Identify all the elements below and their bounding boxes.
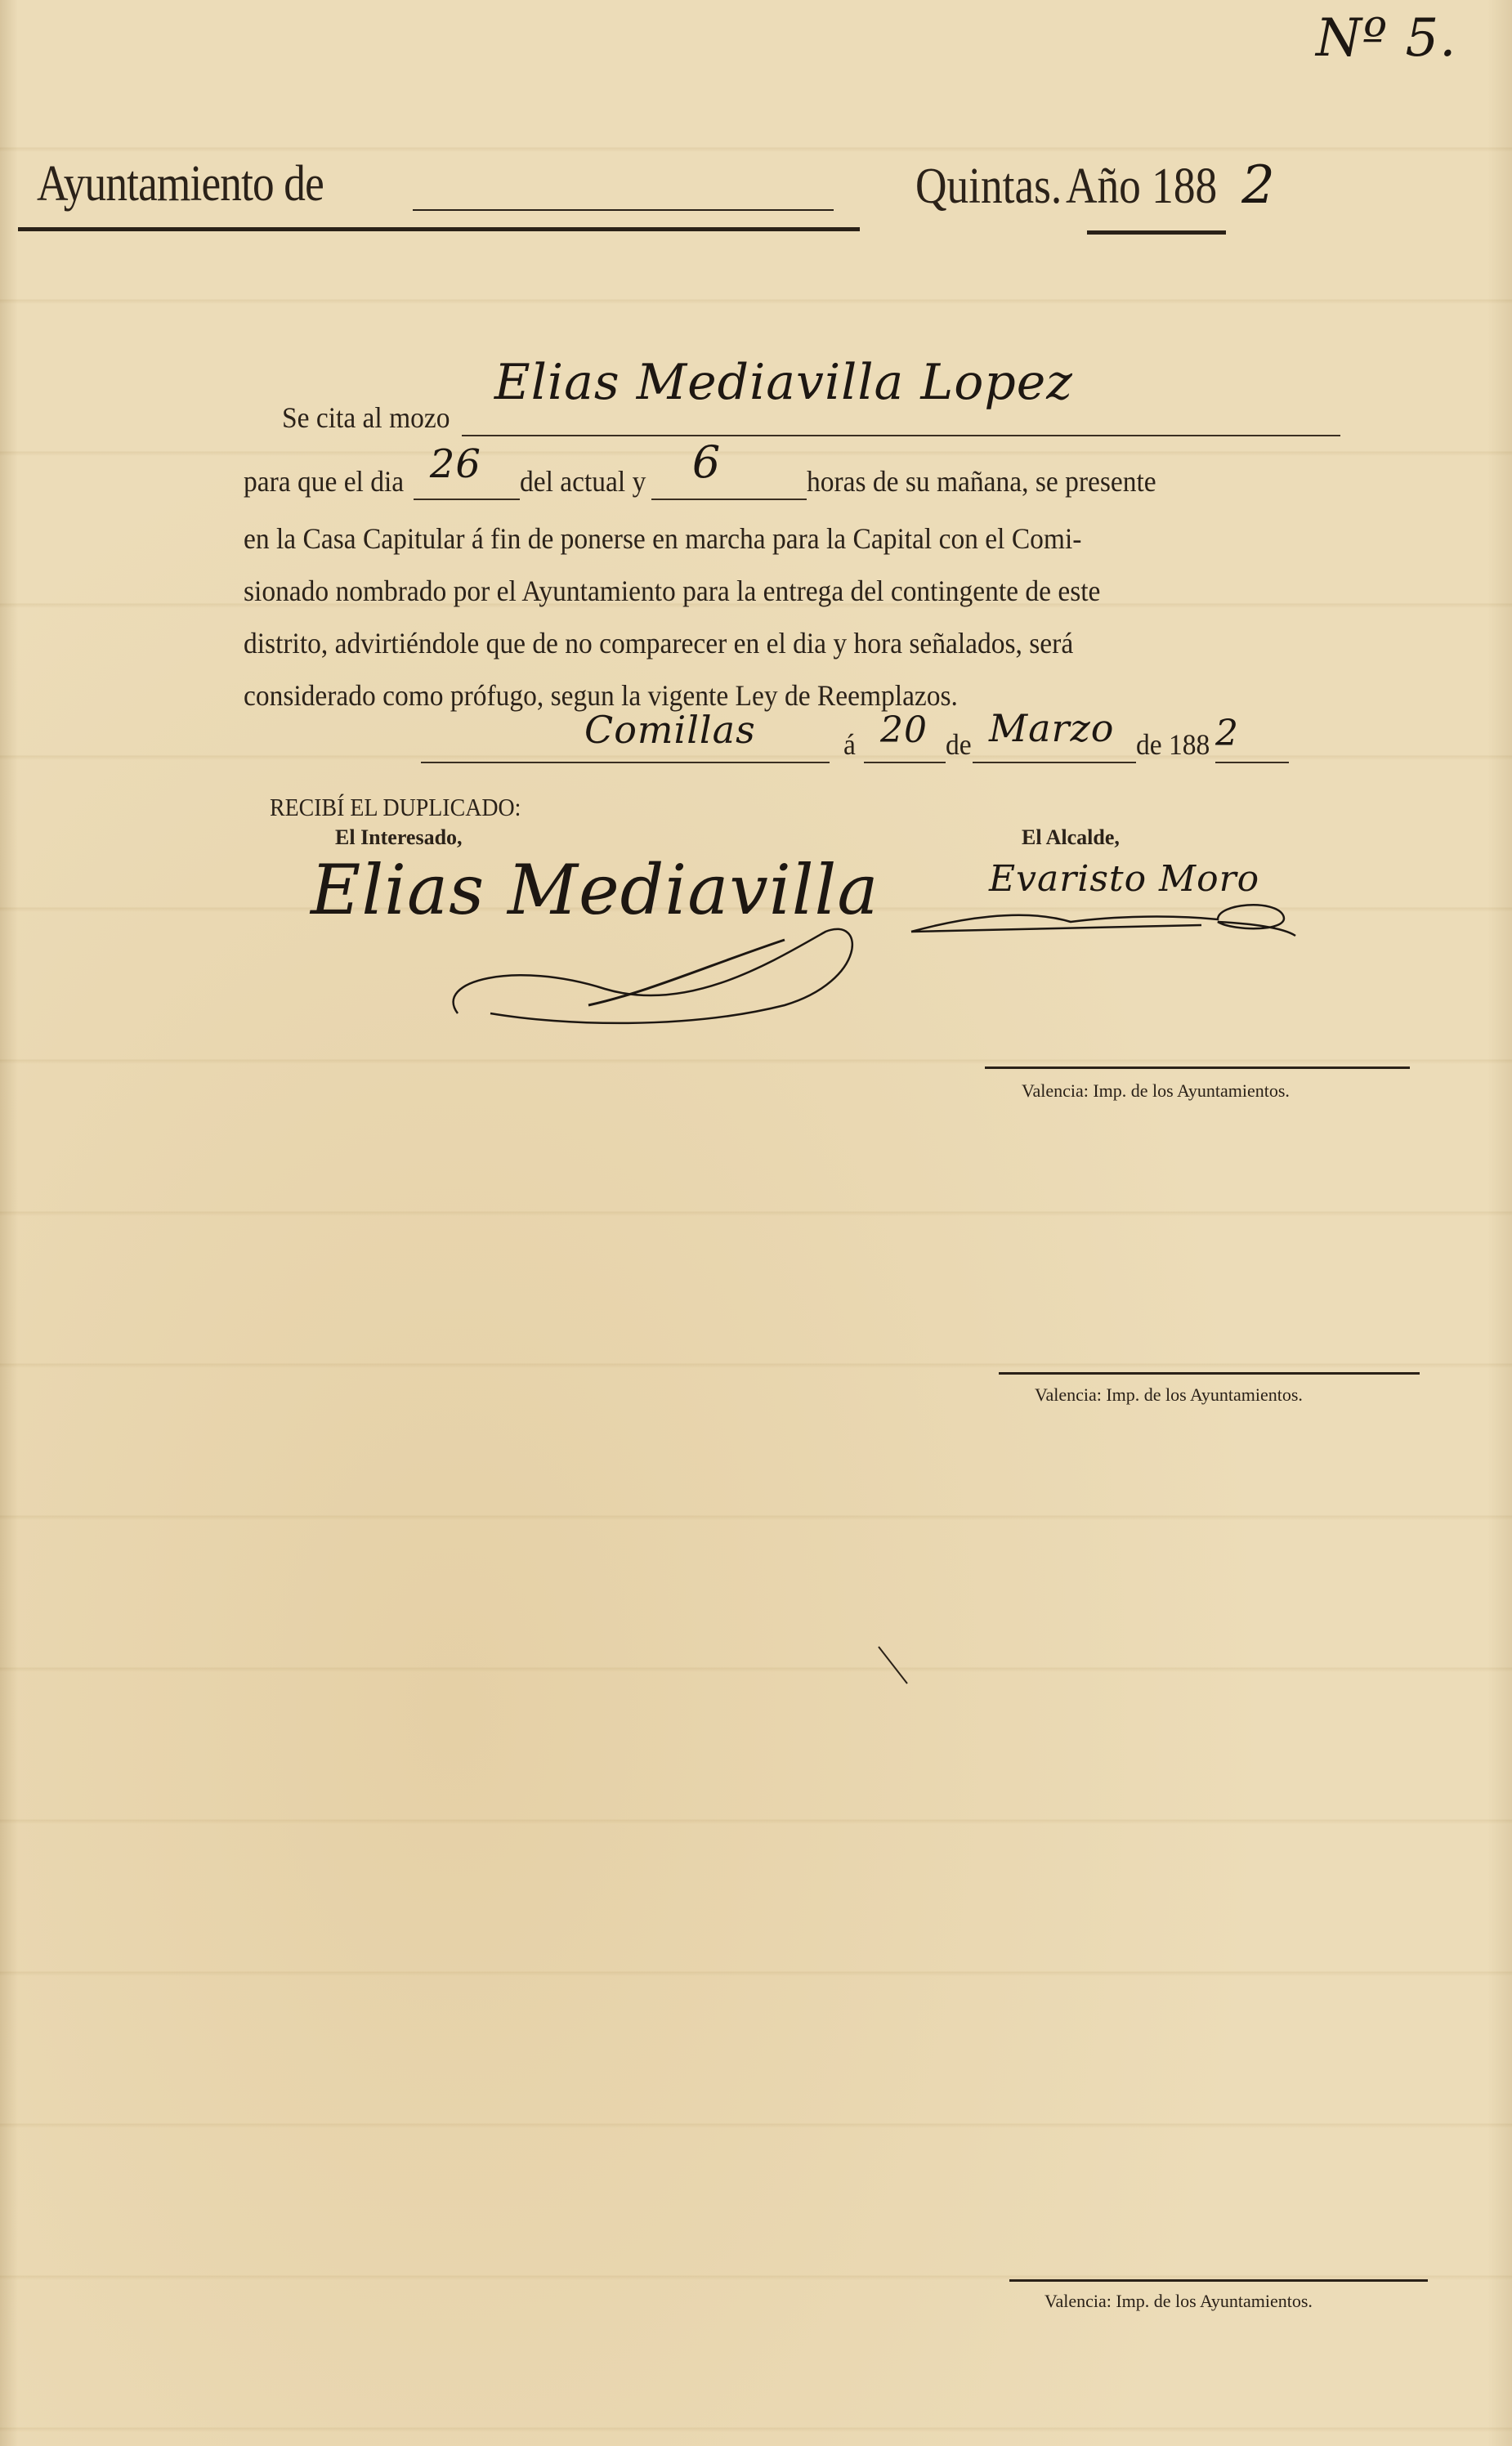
- imprint-rule-3: [1009, 2279, 1428, 2282]
- imprint-rule-1: [985, 1066, 1410, 1069]
- citation-line-5-text: distrito, advirtiéndole que de no compar…: [244, 626, 1073, 660]
- place-field: Comillas: [421, 727, 830, 763]
- month-field: Marzo: [973, 727, 1136, 763]
- dia-field: 26: [414, 464, 520, 500]
- citation-line-2c: horas de su mañana, se presente: [807, 464, 1156, 499]
- stray-pen-mark: [875, 1643, 915, 1692]
- date-de-2: de 188: [1136, 727, 1210, 762]
- header-quintas: Quintas. Año 1882: [915, 155, 1276, 216]
- header-ayuntamiento: Ayuntamiento de: [37, 155, 370, 213]
- mozo-name-handwritten: Elias Mediavilla Lopez: [494, 358, 1073, 407]
- year-suffix-handwritten: 2: [1241, 155, 1276, 216]
- dia-handwritten: 26: [430, 441, 481, 487]
- year-field: 2: [1215, 727, 1289, 763]
- citation-line-2a: para que el dia: [244, 464, 404, 499]
- printer-imprint-3: Valencia: Imp. de los Ayuntamientos.: [1045, 2291, 1313, 2312]
- quintas-label: Quintas.: [915, 158, 1062, 216]
- date-a: á: [843, 727, 856, 762]
- horas-field: 6: [651, 464, 807, 500]
- alcalde-signature: Evaristo Moro: [989, 858, 1259, 900]
- imprint-rule-2: [999, 1372, 1420, 1375]
- ayuntamiento-label: Ayuntamiento de: [37, 155, 324, 213]
- day-field: 20: [864, 727, 946, 763]
- printer-imprint-1: Valencia: Imp. de los Ayuntamientos.: [1022, 1080, 1290, 1102]
- year-suffix-date-handwritten: 2: [1215, 713, 1239, 754]
- citation-line-4-text: sionado nombrado por el Ayuntamiento par…: [244, 574, 1100, 608]
- ayuntamiento-blank-line: [413, 209, 834, 211]
- date-de-1: de: [946, 727, 972, 762]
- citation-line-4: sionado nombrado por el Ayuntamiento par…: [244, 574, 1165, 608]
- printer-imprint-2: Valencia: Imp. de los Ayuntamientos.: [1035, 1384, 1303, 1406]
- month-handwritten: Marzo: [989, 706, 1114, 750]
- receipt-heading-text: RECIBÍ EL DUPLICADO:: [270, 793, 521, 822]
- interesado-label: El Interesado,: [335, 825, 463, 850]
- citation-line-3-text: en la Casa Capitular á fin de ponerse en…: [244, 521, 1081, 556]
- citation-prefix: Se cita al mozo: [282, 400, 450, 435]
- citation-line-3: en la Casa Capitular á fin de ponerse en…: [244, 521, 1145, 556]
- citation-line-2b: del actual y: [520, 464, 646, 499]
- citation-line-1: Se cita al mozo Elias Mediavilla Lopez: [282, 400, 1340, 436]
- year-label: Año 188: [1066, 158, 1217, 216]
- day-handwritten: 20: [880, 709, 928, 751]
- citation-line-2: para que el dia 26 del actual y 6 horas …: [244, 464, 1183, 500]
- mozo-name-field: Elias Mediavilla Lopez: [462, 400, 1340, 436]
- alcalde-label: El Alcalde,: [1022, 825, 1120, 850]
- citation-line-5: distrito, advirtiéndole que de no compar…: [244, 626, 1136, 660]
- horas-handwritten: 6: [692, 436, 721, 488]
- header-left-rule: [18, 227, 860, 231]
- place-handwritten: Comillas: [584, 708, 756, 752]
- date-line: Comillas á 20 de Marzo de 188 2: [421, 727, 1289, 763]
- interesado-signature-flourish: [441, 915, 866, 1030]
- alcalde-signature-flourish: [907, 899, 1316, 948]
- header-right-rule: [1087, 230, 1226, 235]
- document-number-mark: Nº 5.: [1316, 8, 1457, 69]
- receipt-heading: RECIBÍ EL DUPLICADO:: [270, 793, 549, 822]
